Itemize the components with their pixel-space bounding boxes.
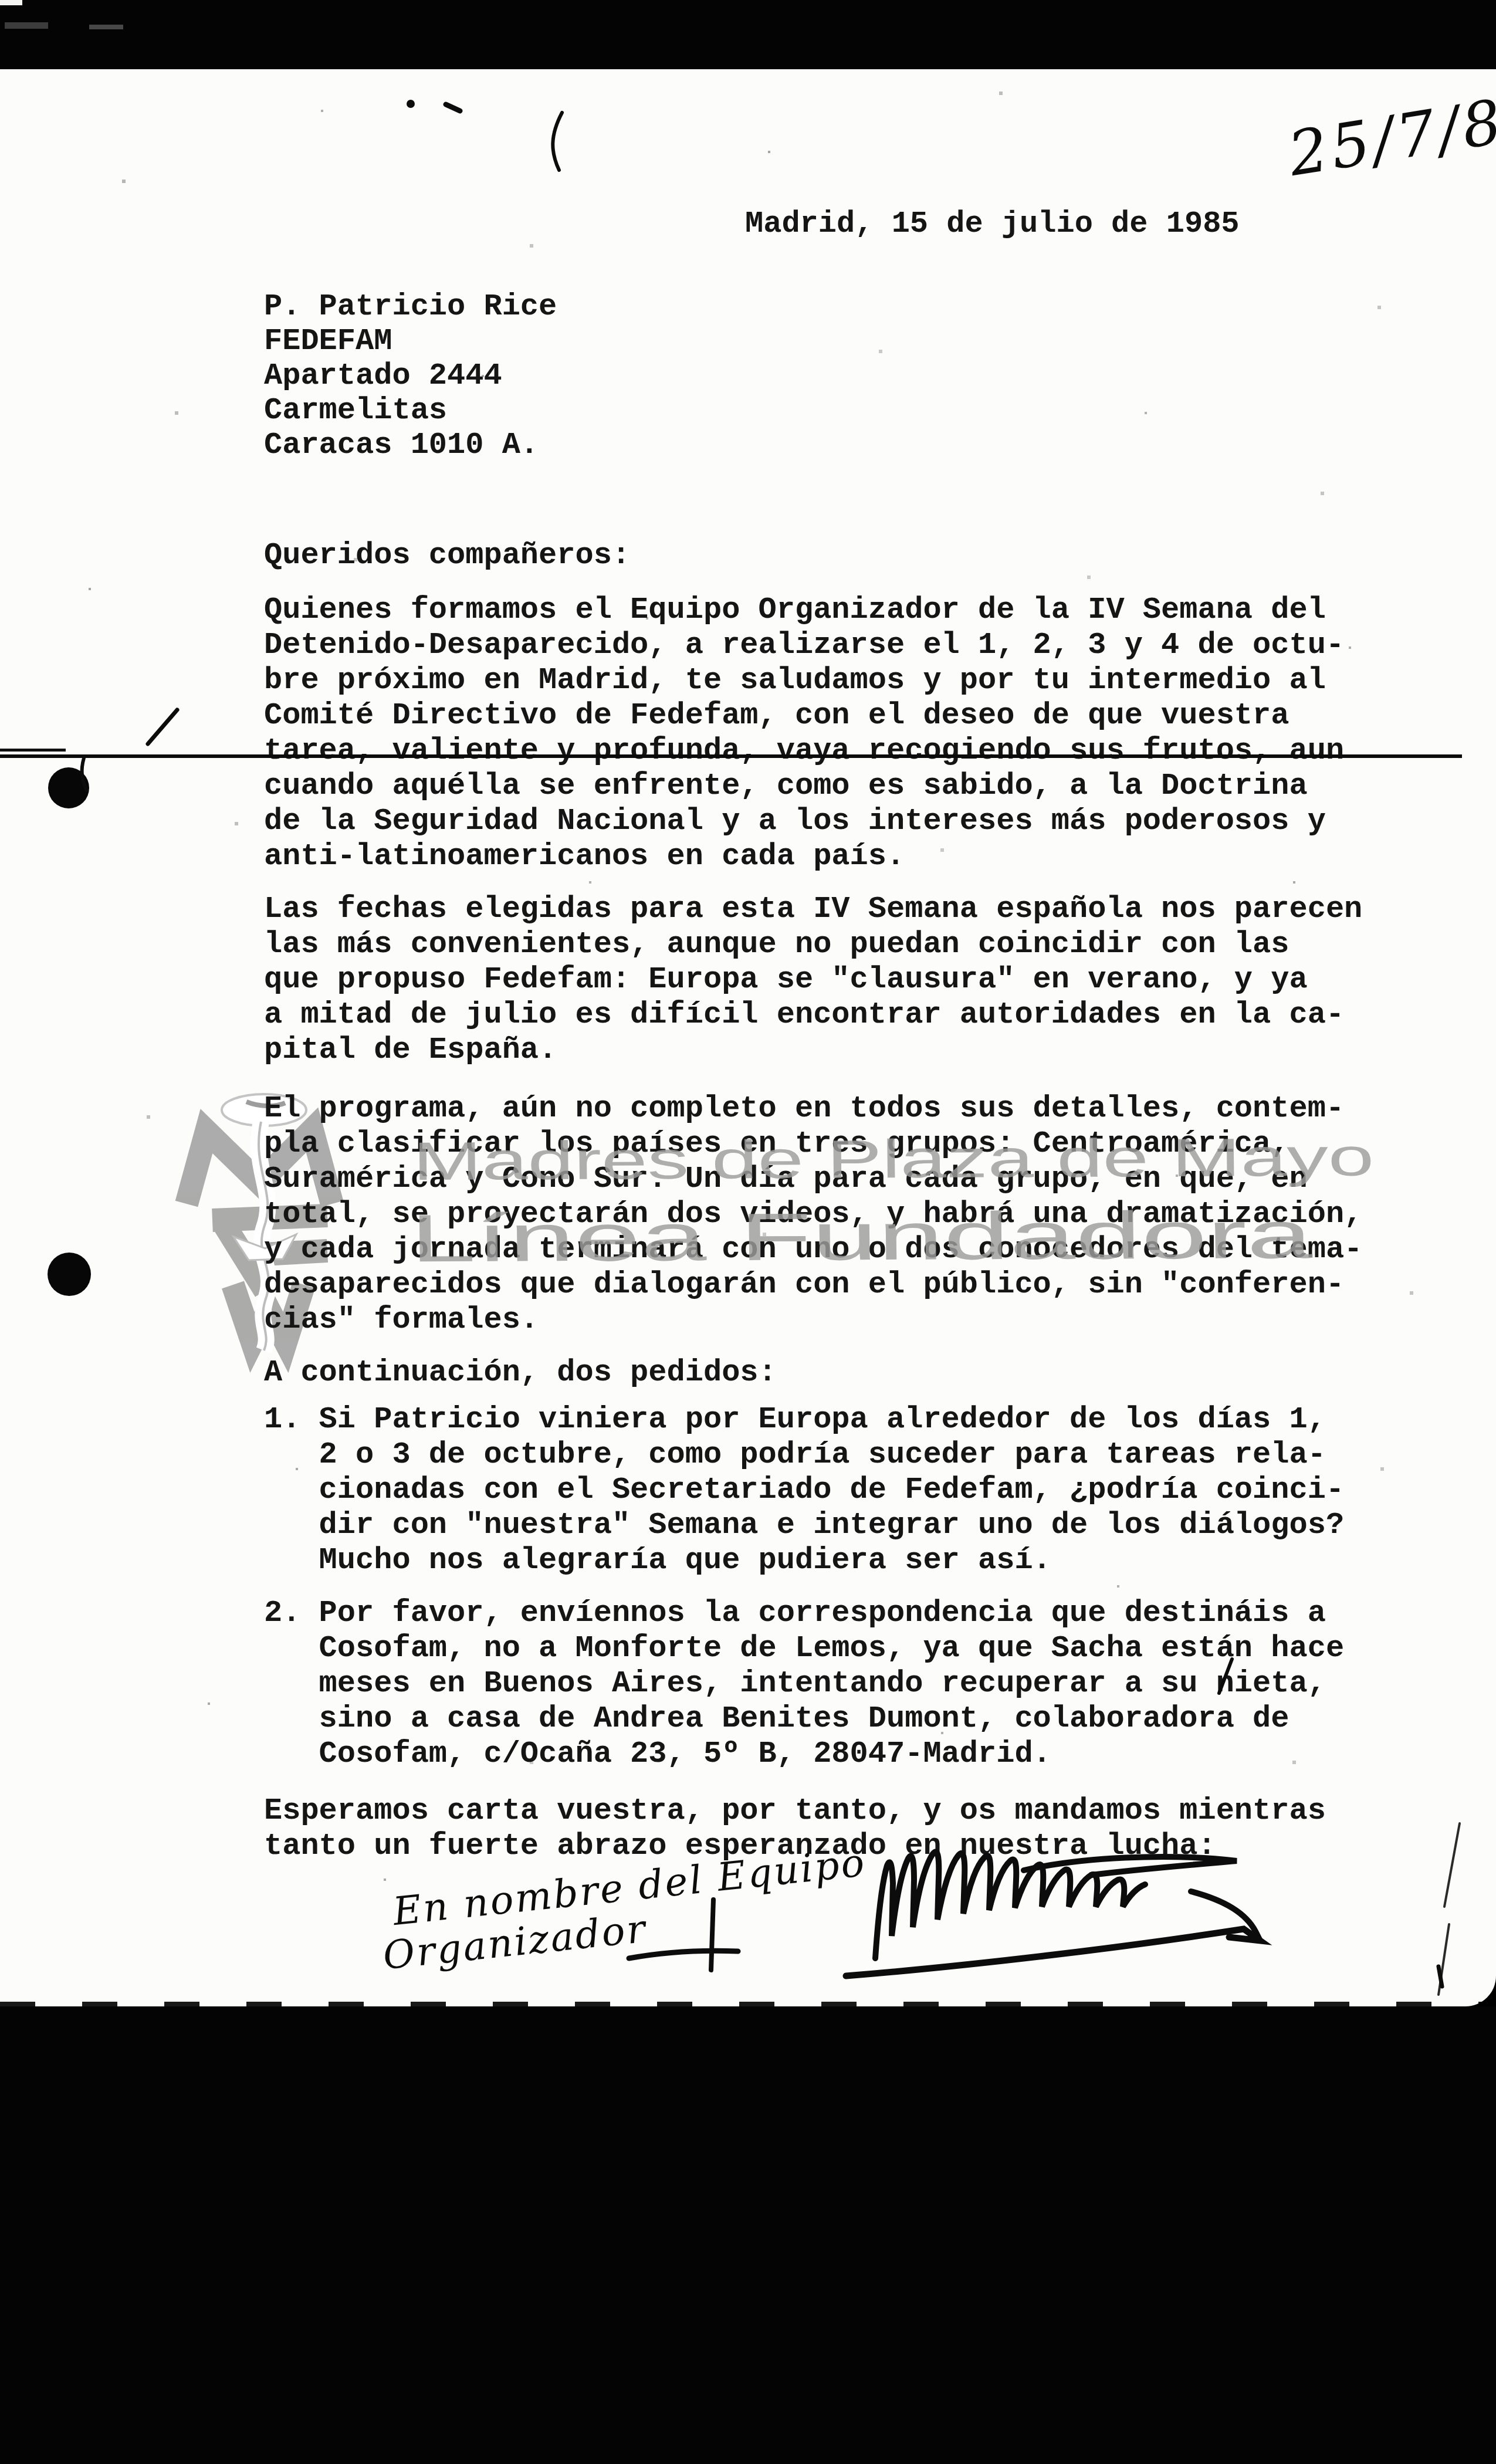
scanner-black-bar-bottom — [0, 2006, 1496, 2464]
text-line: Apartado 2444 — [264, 358, 557, 393]
request-item-2: 2. Por favor, envíennos la correspondenc… — [264, 1596, 1344, 1772]
request-item-1: 1. Si Patricio viniera por Europa alrede… — [264, 1402, 1344, 1578]
text-line: Mucho nos alegraría que pudiera ser así. — [264, 1543, 1344, 1578]
text-line: Caracas 1010 A. — [264, 428, 557, 462]
watermark-line1: Madres de Plaza de Mayo — [412, 1127, 1375, 1193]
text-line: Las fechas elegidas para esta IV Semana … — [264, 892, 1362, 927]
hole-punch — [48, 1253, 91, 1296]
hole-punch — [48, 767, 89, 808]
text-line: Cosofam, c/Ocaña 23, 5º B, 28047-Madrid. — [264, 1737, 1344, 1772]
text-line: de la Seguridad Nacional y a los interes… — [264, 804, 1344, 839]
text-line: cias" formales. — [264, 1302, 1362, 1338]
requests-intro: A continuación, dos pedidos: — [264, 1355, 777, 1390]
text-line: El programa, aún no completo en todos su… — [264, 1091, 1362, 1126]
fold-crease-line — [0, 754, 1462, 758]
text-line: 2. Por favor, envíennos la correspondenc… — [264, 1596, 1344, 1631]
text-line: meses en Buenos Aires, intentando recupe… — [264, 1666, 1344, 1701]
scan-edge-artifact — [0, 0, 22, 5]
recipient-address: P. Patricio RiceFEDEFAMApartado 2444Carm… — [264, 289, 557, 462]
text-line: dir con "nuestra" Semana e integrar uno … — [264, 1508, 1344, 1543]
watermark-line2: Línea Fundadora — [409, 1197, 1313, 1277]
text-line: Cosofam, no a Monforte de Lemos, ya que … — [264, 1631, 1344, 1666]
paper-noise — [0, 69, 1, 70]
text-line: cionadas con el Secretariado de Fedefam,… — [264, 1473, 1344, 1508]
text-line: Comité Directivo de Fedefam, con el dese… — [264, 698, 1344, 733]
text-line: Carmelitas — [264, 393, 557, 428]
text-line: cuando aquélla se enfrente, como es sabi… — [264, 769, 1344, 804]
salutation: Queridos compañeros: — [264, 538, 630, 573]
text-line: Quienes formamos el Equipo Organizador d… — [264, 593, 1344, 628]
paragraph-2: Las fechas elegidas para esta IV Semana … — [264, 892, 1362, 1068]
text-line: 2 o 3 de octubre, como podría suceder pa… — [264, 1437, 1344, 1473]
text-line: Detenido-Desaparecido, a realizarse el 1… — [264, 628, 1344, 663]
scan-smudge — [89, 25, 123, 29]
text-line: bre próximo en Madrid, te saludamos y po… — [264, 663, 1344, 698]
text-line: P. Patricio Rice — [264, 289, 557, 324]
text-line: 1. Si Patricio viniera por Europa alrede… — [264, 1402, 1344, 1437]
scan-smudge — [5, 22, 48, 29]
scanner-black-bar-top — [0, 0, 1496, 69]
text-line: pital de España. — [264, 1033, 1362, 1068]
text-line: sino a casa de Andrea Benites Dumont, co… — [264, 1701, 1344, 1737]
text-line: Esperamos carta vuestra, por tanto, y os… — [264, 1793, 1326, 1829]
text-line: anti-latinoamericanos en cada país. — [264, 839, 1344, 874]
paragraph-1: Quienes formamos el Equipo Organizador d… — [264, 593, 1344, 874]
text-line: que propuso Fedefam: Europa se "clausura… — [264, 962, 1362, 997]
fold-crease-line — [0, 749, 66, 752]
text-line: las más convenientes, aunque no puedan c… — [264, 927, 1362, 962]
scanned-letter-page: 25/7/85 Madrid, 15 de julio de 1985 P. P… — [0, 0, 1496, 2464]
text-line: tarea, valiente y profunda, vaya recogie… — [264, 733, 1344, 769]
text-line: a mitad de julio es difícil encontrar au… — [264, 997, 1362, 1033]
dateline: Madrid, 15 de julio de 1985 — [745, 207, 1240, 242]
text-line: FEDEFAM — [264, 324, 557, 358]
